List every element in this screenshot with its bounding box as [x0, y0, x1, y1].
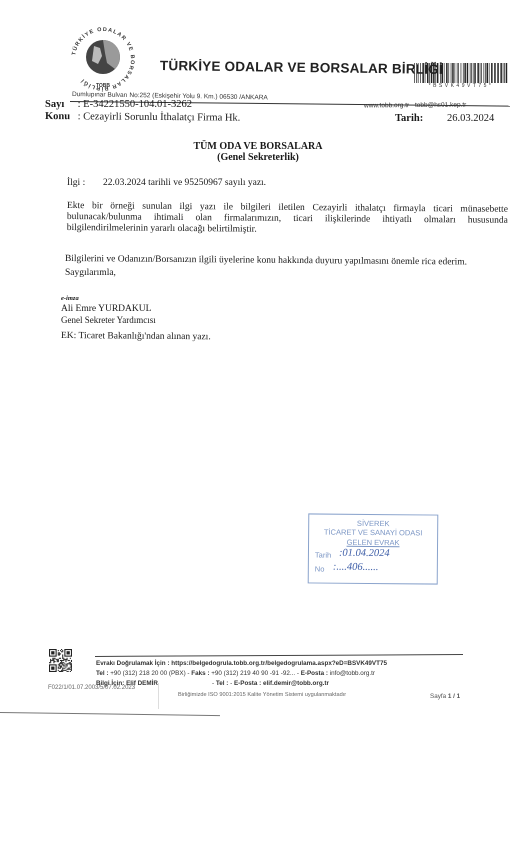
paragraph-1: Ekte bir örneği sunulan ilgi yazı ile bi… — [67, 201, 508, 238]
stamp-tarih-label: Tarih — [315, 550, 331, 559]
tel-value: +90 (312) 218 20 00 (PBX) — [110, 670, 185, 677]
footer-divider — [95, 654, 463, 657]
phone-line: Tel : +90 (312) 218 20 00 (PBX) - Faks :… — [96, 670, 375, 677]
qr-code — [49, 649, 72, 672]
barcode — [414, 63, 508, 83]
tobb-logo: TÜRKİYE ODALAR VE BORSALAR BİRLİĞİ TOBB — [68, 24, 138, 94]
iso-notice: Birliğimizde ISO 9001:2015 Kalite Yöneti… — [178, 692, 346, 698]
form-code: F022/1/01.07.2003/5/07.02.2023 — [48, 685, 135, 691]
page-value: 1 / 1 — [448, 693, 460, 700]
eposta-label: E-Posta : — [301, 670, 328, 677]
stamp-no-value: :....406...... — [333, 562, 379, 573]
info-contact-details: - Tel : - E-Posta : elif.demir@tobb.org.… — [212, 680, 329, 687]
barcode-text: *BSVK49VT75* — [414, 83, 508, 89]
verify-line: Evrakı Doğrulamak İçin : https://belgedo… — [96, 660, 387, 667]
page-label: Sayfa — [430, 693, 446, 700]
eposta-value[interactable]: info@tobb.org.tr — [330, 670, 375, 677]
footer-separator — [158, 683, 159, 709]
sayi-value: : E-34221550-104.01-3262 — [78, 99, 192, 110]
eposta2-value[interactable]: elif.demir@tobb.org.tr — [263, 680, 329, 687]
tarih-value: 26.03.2024 — [447, 113, 494, 124]
stamp-no-label: No — [315, 564, 325, 573]
tel-label: Tel : — [96, 670, 108, 677]
incoming-document-stamp: SİVEREK TİCARET VE SANAYİ ODASI GELEN EV… — [308, 513, 439, 584]
faks-value: +90 (312) 219 40 90 -91 -92... — [211, 670, 295, 677]
recipient-line2: (Genel Sekreterlik) — [0, 152, 516, 163]
konu-label: Konu — [45, 111, 75, 122]
tarih-label: Tarih: — [395, 113, 423, 124]
sayi-row: Sayı : E-34221550-104.01-3262 — [45, 99, 192, 110]
verify-url[interactable]: https://belgedogrula.tobb.org.tr/belgedo… — [171, 660, 387, 667]
recipient-line1: TÜM ODA VE BORSALARA — [0, 141, 516, 152]
stamp-line3: GELEN EVRAK — [309, 537, 437, 547]
attachment-note: EK: Ticaret Bakanlığı'ndan alınan yazı. — [61, 331, 211, 343]
page-number: Sayfa 1 / 1 — [430, 693, 460, 700]
organization-title: TÜRKİYE ODALAR VE BORSALAR BİRLİĞİ — [160, 58, 443, 77]
sayi-label: Sayı — [45, 99, 75, 110]
signer-name: Ali Emre YURDAKUL — [61, 304, 151, 315]
stamp-line2: TİCARET VE SANAYİ ODASI — [309, 527, 437, 537]
ilgi-label: İlgi : — [67, 178, 85, 189]
eposta2-label: E-Posta : — [234, 680, 261, 687]
konu-value: : Cezayirli Sorunlu İthalatçı Firma Hk. — [78, 111, 241, 123]
konu-row: Konu : Cezayirli Sorunlu İthalatçı Firma… — [45, 111, 240, 124]
paragraph-2: Bilgilerini ve Odanızın/Borsanızın ilgil… — [65, 254, 510, 269]
closing: Saygılarımla, — [65, 268, 116, 279]
svg-text:TOBB: TOBB — [96, 83, 110, 89]
signer-title: Genel Sekreter Yardımcısı — [61, 315, 156, 326]
ilgi-text: 22.03.2024 tarihli ve 95250967 sayılı ya… — [103, 178, 266, 189]
stamp-tarih-value: :01.04.2024 — [339, 548, 390, 559]
page-edge — [0, 712, 220, 716]
faks-label: Faks : — [191, 670, 209, 677]
verify-label: Evrakı Doğrulamak İçin : — [96, 660, 170, 667]
e-imza-mark: e-imza — [61, 295, 79, 302]
tel2-label: Tel : — [216, 680, 228, 687]
contact-info: www.tobb.org.tr - tobb@hs01.kep.tr — [364, 102, 466, 110]
